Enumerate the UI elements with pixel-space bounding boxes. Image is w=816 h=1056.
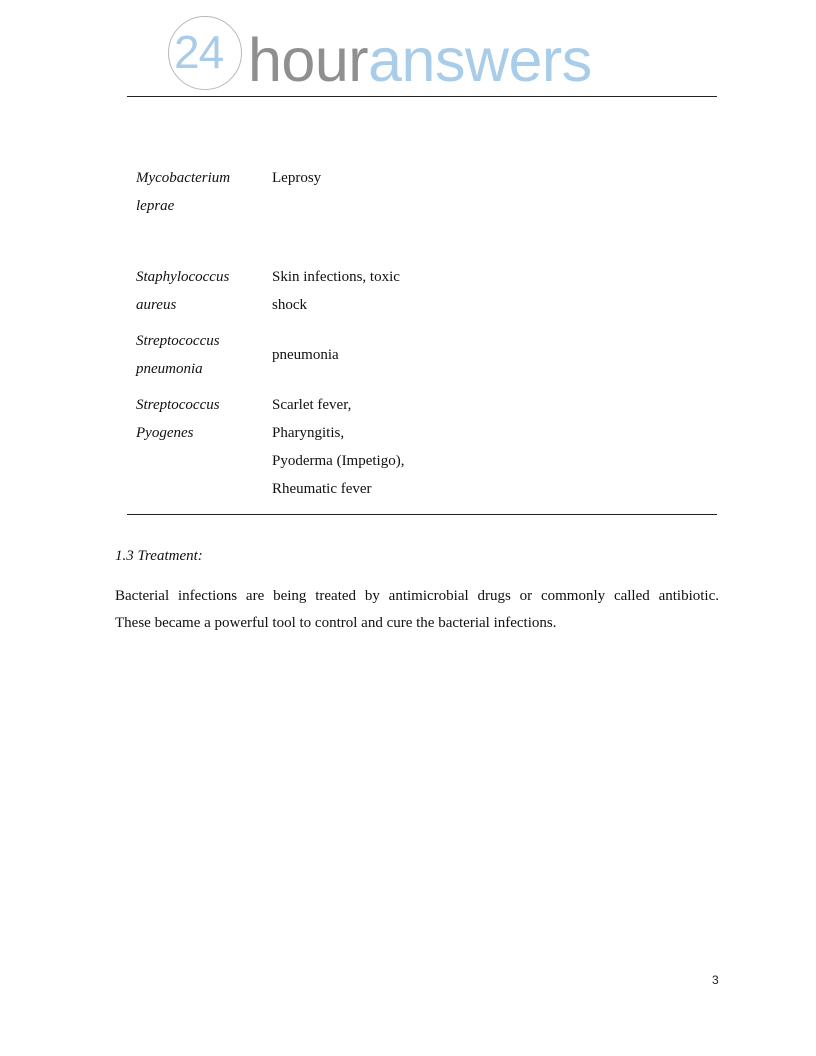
- disease-line: shock: [272, 291, 572, 319]
- organism-line: Mycobacterium: [136, 164, 266, 192]
- organism-cell: Staphylococcus aureus: [136, 263, 266, 319]
- disease-line: Scarlet fever,: [272, 391, 572, 419]
- organism-line: aureus: [136, 291, 266, 319]
- header-divider: [127, 96, 717, 97]
- disease-cell: pneumonia: [272, 341, 572, 369]
- organism-line: leprae: [136, 192, 266, 220]
- organism-line: Streptococcus: [136, 327, 266, 355]
- disease-cell: Scarlet fever, Pharyngitis, Pyoderma (Im…: [272, 391, 572, 503]
- disease-line: pneumonia: [272, 341, 572, 369]
- logo-24houranswers: 24 houranswers: [168, 16, 638, 94]
- page-number: 3: [712, 973, 719, 987]
- disease-line: Skin infections, toxic: [272, 263, 572, 291]
- paragraph-line: These became a powerful tool to control …: [115, 610, 719, 637]
- disease-cell: Leprosy: [272, 164, 572, 192]
- organism-line: Staphylococcus: [136, 263, 266, 291]
- organism-line: pneumonia: [136, 355, 266, 383]
- organism-line: Streptococcus: [136, 391, 266, 419]
- logo-wordmark: houranswers: [248, 30, 592, 91]
- disease-line: Rheumatic fever: [272, 475, 572, 503]
- organism-cell: Streptococcus Pyogenes: [136, 391, 266, 447]
- paragraph-line: Bacterial infections are being treated b…: [115, 583, 719, 610]
- logo-number: 24: [174, 29, 223, 75]
- logo-word-hour: hour: [248, 26, 368, 94]
- disease-line: Leprosy: [272, 164, 572, 192]
- organism-cell: Mycobacterium leprae: [136, 164, 266, 220]
- disease-line: Pharyngitis,: [272, 419, 572, 447]
- section-heading: 1.3 Treatment:: [115, 548, 203, 565]
- treatment-paragraph: Bacterial infections are being treated b…: [115, 583, 719, 637]
- organism-cell: Streptococcus pneumonia: [136, 327, 266, 383]
- logo-word-answers: answers: [368, 26, 592, 94]
- table-bottom-rule: [127, 514, 717, 515]
- disease-cell: Skin infections, toxic shock: [272, 263, 572, 319]
- organism-line: Pyogenes: [136, 419, 266, 447]
- disease-line: Pyoderma (Impetigo),: [272, 447, 572, 475]
